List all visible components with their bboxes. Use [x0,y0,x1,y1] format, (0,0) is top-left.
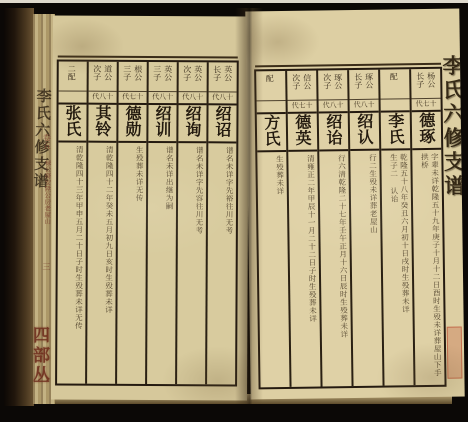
biography-text: 字辈未详乾隆五十九年庚子十月十二日酉时生殁未详葬屋山下手拱桥 [412,150,444,385]
entry-column: 次子 道公 十八代 其铃 清乾隆四十二年癸未五月初九日亥时生殁葬未详 [85,62,117,384]
ancestor-header: 长子 英公 [209,62,237,92]
volume-label: 卷五 [42,133,51,149]
person-name: 绍询 [178,105,206,143]
ancestor-rank: 配 [389,72,398,98]
generation-label: 十七代 [288,101,317,114]
biography-text: 生殁葬未详 [257,152,289,387]
entry-column: 长子 琢公 十八代 绍认 行二生殁未详葬老屋山 [347,70,382,386]
biography-text: 生殁葬未详无传 [117,143,146,384]
left-genealogy-grid: 二配 张氏 清乾隆四十三年甲申五月二十日子时生殁葬未详无传 次子 道公 十八代 … [55,60,239,387]
ancestor-rank: 长子 [354,73,363,99]
generation-label: 十七代 [119,92,147,105]
branch-label: 禄公裔安陞公房老屋山 [43,159,51,224]
entry-column: 二配 张氏 清乾隆四十三年甲申五月二十日子时生殁葬未详无传 [57,62,87,384]
ancestor-name: 根公 [134,65,143,91]
generation-label: 十八代 [319,100,348,113]
entry-column: 配 方氏 生殁葬未详 [256,71,289,387]
person-name: 德琢 [412,112,442,150]
entry-column: 次子 琢公 十八代 绍诒 行六清乾隆二十七年壬午正月十六日辰时生殁葬未详 [316,70,351,386]
generation-label [381,99,410,112]
generation-label: 十八代 [179,92,207,105]
biography-text: 清乾隆四十三年甲申五月二十日子时生殁葬未详无传 [57,143,86,384]
ancestor-rank: 长子 [416,72,425,98]
left-page: 卷五 禄公裔安陞公房老屋山 三 二配 张氏 清乾隆四十三年甲申五月二十日子时生殁… [51,15,249,400]
entry-column: 三子 根公 十七代 德勋 生殁葬未详无传 [115,62,147,384]
person-name: 其铃 [88,105,116,143]
entry-column: 次子 信公 十七代 德英 清雍正二年甲辰十一月二十二日子时生殁葬未详 [285,71,320,387]
biography-text: 清乾隆四十二年癸未五月初九日亥时生殁葬未详 [87,143,116,384]
biography-text: 清雍正二年甲辰十一月二十二日子时生殁葬未详 [288,152,320,387]
person-name: 张氏 [58,105,86,143]
ancestor-header: 三子 根公 [119,62,147,92]
entry-column: 次子 英公 十八代 绍询 谱名未详字先容往川无考 [175,62,207,384]
biography-text: 谱名未详出继为嗣 [147,143,176,384]
left-margin-label: 卷五 禄公裔安陞公房老屋山 三 [41,133,53,270]
red-seal-stamp [447,327,463,379]
photo-edge [0,0,468,3]
person-name: 德勋 [118,105,146,143]
ancestor-rank: 次子 [183,65,192,91]
ancestor-name: 琢公 [334,73,343,99]
generation-label: 十八代 [350,100,379,113]
ancestor-header: 次子 道公 [89,62,117,92]
right-genealogy-grid: 配 方氏 生殁葬未详 次子 信公 十七代 德英 清雍正二年甲辰十一月二十二日子时… [254,67,446,390]
ancestor-header: 次子 英公 [179,62,207,92]
ancestor-header: 配 [256,71,285,101]
generation-label: 十七代 [412,99,441,112]
person-name: 绍认 [350,113,380,151]
generation-label: 十八代 [149,92,177,105]
generation-label: 十八代 [209,92,237,105]
person-name: 绍诒 [319,113,349,151]
ancestor-name: 英公 [194,65,203,91]
biography-text: 乾隆五十八年癸丑六月初十日戌时生殁葬未详 生子二 认诒 [381,150,413,385]
ancestor-header: 长子 琢公 [349,70,378,100]
ancestor-rank: 次子 [292,74,301,100]
ancestor-header: 次子 琢公 [318,70,347,100]
entry-column: 长子 杨公 十七代 德琢 字辈未详乾隆五十九年庚子十月十二日酉时生殁未详葬屋山下… [409,69,444,385]
book-edge-title: 李氏六修支谱 [441,54,465,198]
right-page: 配 方氏 生殁葬未详 次子 信公 十七代 德英 清雍正二年甲辰十一月二十二日子时… [245,9,464,400]
ancestor-name: 琢公 [365,73,374,99]
ancestor-rank: 次子 [93,65,102,91]
generation-label [257,101,286,114]
ancestor-rank: 次子 [323,73,332,99]
biography-text: 行二生殁未详葬老屋山 [350,151,382,386]
generation-label [59,92,87,105]
person-name: 绍诏 [208,105,236,143]
ancestor-header: 次子 信公 [287,71,316,101]
entry-column: 三子 英公 十八代 绍训 谱名未详出继为嗣 [145,62,177,384]
biography-text: 谱名未详字先裕往川无考 [207,143,236,384]
person-name: 绍训 [148,105,176,143]
collection-seal-stamp: 四部丛 [30,326,48,386]
biography-text: 行六清乾隆二十七年壬午正月十六日辰时生殁葬未详 [319,151,351,386]
person-name: 德英 [288,114,318,152]
ancestor-name: 杨公 [427,72,436,98]
ancestor-header: 三子 英公 [149,62,177,92]
ancestor-name: 道公 [104,65,113,91]
ancestor-name: 信公 [303,74,312,100]
ancestor-name: 英公 [164,65,173,91]
biography-text: 谱名未详字先容往川无考 [177,143,206,384]
leaf-number: 三 [42,262,50,270]
person-name: 方氏 [257,114,287,152]
ancestor-name: 英公 [224,65,233,91]
ancestor-rank: 长子 [213,65,222,91]
ancestor-rank: 三子 [123,65,132,91]
ancestor-rank: 配 [265,74,274,100]
entry-column: 长子 英公 十八代 绍诏 谱名未详字先裕往川无考 [205,62,237,384]
ancestor-rank: 三子 [153,65,162,91]
book-photo: 李氏六修支谱 四部丛 卷五 禄公裔安陞公房老屋山 三 二配 张氏 清乾隆四十三年… [0,0,468,422]
ancestor-header: 二配 [59,62,87,92]
generation-label: 十八代 [89,92,117,105]
person-name: 李氏 [381,112,411,150]
ancestor-header: 长子 杨公 [411,69,440,99]
ancestor-rank: 二配 [67,65,76,91]
entry-column: 配 李氏 乾隆五十八年癸丑六月初十日戌时生殁葬未详 生子二 认诒 [378,69,413,385]
ancestor-header: 配 [380,69,409,99]
